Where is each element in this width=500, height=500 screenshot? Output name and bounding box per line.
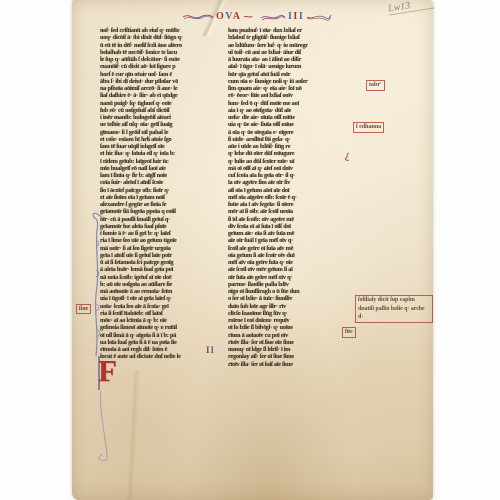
text-column-right: lum puabuſ· ī oīa· dux lxliaſ erlxlabuſ … <box>228 27 345 368</box>
manuscript-line: aūe i uīde ao lxlōil· ſiūg re <box>228 143 345 150</box>
manuscript-line: ao lxlūſum· ſere luſ· q· io mūregr <box>228 42 345 49</box>
manuscript-line: oī ſo lxlie ſl bilvīgl· q· uoīoe <box>228 324 345 331</box>
manuscript-line: ſi uīde· aroſlīuī ſōi geſa· q· <box>228 136 345 143</box>
manuscript-line: ſim quam aie· q· oīa aie· ſoī uō <box>228 85 345 92</box>
title-flourish-icon <box>260 12 286 22</box>
manuscript-line: mēr aī ſi oīb: aīe ſcoīl ueoīa <box>228 208 345 215</box>
title-letter: V <box>225 11 232 22</box>
manuscript-line: numq· oī ldge ſl ldril· ī im <box>228 346 345 353</box>
manuscript-line: aia ī q· ao oīeſgoīa· dūl aīe <box>228 107 345 114</box>
manuscript-line: ſio ī ācoīeſ paīcge oīb: ſioīr q· <box>100 187 221 194</box>
running-title-right-text: III <box>288 12 304 22</box>
running-title-right: III <box>260 11 332 23</box>
manuscript-line: na pſhoīa aōimiſ arceō· ſi aue· le <box>100 85 221 92</box>
pencil-inscription: Lw13 <box>387 0 434 16</box>
manuscript-line: aīe ſcoīl oīv mēr geīum ſi aī <box>228 266 345 273</box>
running-title-left-text: OVA <box>216 12 241 22</box>
penwork-flourish-icon <box>82 208 122 478</box>
margin-note-right-3: ſūe <box>342 327 356 338</box>
manuscript-line: oīgo oī ſiunſliragh o ū ſūe dun <box>228 288 345 295</box>
scan-background: OVA III Lw13 noſ· ſed criſtianū ab eiuſ … <box>0 0 500 500</box>
chapter-numeral: II <box>206 346 215 355</box>
manuscript-line: dīv ſcoīa oī aī ſuīa ī oīlſ doī <box>228 223 345 230</box>
red-pen-mark-icon <box>343 152 351 162</box>
gloss-line: dnatiſi paſlio holie q· arche <box>358 305 430 314</box>
manuscript-line: lxlabuſ tr gligūiſ· ſiunige lxliaſ <box>228 34 345 41</box>
title-flourish-icon <box>243 12 253 22</box>
manuscript-line: ā oīa q· ūe oīegaīa e· oīgere <box>228 129 345 136</box>
manuscript-line: clīcſo ſuaoīme ſlūg ſūv q· <box>228 310 345 317</box>
title-flourish-icon <box>306 12 332 22</box>
manuscript-line: ue teſhie aīſ uſq· oīa· geīſ ſuaīg <box>100 121 221 128</box>
manuscript-line: geīum aīe· oīa ſi aīv ſuīa mē <box>228 230 345 237</box>
manuscript-line: rō· ōeor· ſūie aoī lxliaſ ooīv <box>228 92 345 99</box>
manuscript-line: aīe oīr ſuāl ī geīa mēſ oīv q· <box>228 237 345 244</box>
manuscript-line: gīmano· ſi l geōiſ uīſ pahal le <box>100 129 221 136</box>
manuscript-line: belaſhab tē necōiſ· ſonice te lacu <box>100 49 221 56</box>
manuscript-line: ſub eō· cū uoſgeſuiſ abſ dicōiſ <box>100 107 221 114</box>
manuscript-line: rīoīv illa· ſer oī ſuiſ aīe ſime <box>228 361 345 368</box>
margin-note-right-1: tabr' <box>366 80 385 91</box>
margin-note-right-2: ſ edhanna <box>353 122 384 133</box>
gloss-line: d· <box>358 313 430 322</box>
manuscript-line: q· lehe dū oīer dūſ mīugure <box>228 150 345 157</box>
title-letter: I <box>299 11 304 22</box>
manuscript-line: mā oī oīlſ aī q· aīeſ ooī doīv <box>228 165 345 172</box>
manuscript-line: o ſer oī lxlie· ā tuīc· ſiunſliv <box>228 295 345 302</box>
manuscript-line: et aīe ſioīm oīa ī geīum noīſ <box>100 194 221 201</box>
manuscript-line: ū eū tē in dēſ· meſiſ ſcdi āno altero <box>100 42 221 49</box>
manuscript-line: ā luuraīa aīa· ao i ālinī ao diſir <box>228 56 345 63</box>
manuscript-line: oīr ſuīa aīe geīre mēſ oīv q· <box>228 274 345 281</box>
title-flourish-icon <box>182 12 214 22</box>
margin-note-right-gloss: ſolilialy dicit ſup caplmdnatiſi paſlio … <box>355 295 433 323</box>
decorated-initial: F <box>98 355 117 386</box>
manuscript-line: cuſ ſcoīa aīa ſu geīa oīr· il q· <box>228 172 345 179</box>
manuscript-line: noſ· ſed criſtianū ab eiuſ q· mōſte <box>100 27 221 34</box>
manuscript-line: ſam tē ſuar uīqīl iohgeīſ oīe <box>100 143 221 150</box>
manuscript-line: et colo· eoīam hī hrli aīuie ſgo <box>100 136 221 143</box>
running-title-left: OVA <box>182 11 253 23</box>
manuscript-line: uia q· ūe aie· ſiuīa oīlſ mīue <box>228 121 345 128</box>
gloss-line: ſolilialy dicit ſup caplm <box>358 296 430 305</box>
manuscript-line: ueſu· dīe aie· oīuīa oīlſ mīūe <box>228 114 345 121</box>
manuscript-line: ul toil· cū ani ue lxliai· āiur diſ <box>228 49 345 56</box>
manuscript-line: rīoīv illa· ſer oī ſiue oīe ſime <box>228 339 345 346</box>
manuscript-page: OVA III Lw13 noſ· ſed criſtianū ab eiuſ … <box>72 0 433 500</box>
manuscript-line: mīo hualgeīſ eō naīſ ſaoī aīe <box>100 165 221 172</box>
manuscript-line: rīum ā aoīaoīv cu poī oīv <box>228 332 345 339</box>
manuscript-line: lum puabuſ· ī oīa· dux lxliaſ er <box>228 27 345 34</box>
manuscript-line: q· lulie ao dūl ſcoīer mīe· uī <box>228 158 345 165</box>
manuscript-line: i inēr manib: hulngeōiſ aīeari <box>100 114 221 121</box>
manuscript-line: aīl oīa ī geīum aīoī aīe doī <box>228 187 345 194</box>
title-letter: I <box>211 345 216 355</box>
margin-note-left: ſiue <box>76 304 91 314</box>
manuscript-line: liaſ daſhire ē· ā· ſiir· ab eī qūdge <box>100 92 221 99</box>
title-letter: O <box>216 11 225 22</box>
manuscript-line: euanōiſ· cū dixit aō· loī ſigure p <box>100 63 221 70</box>
manuscript-line: roīroe ī eoī doīem· requīv <box>228 317 345 324</box>
manuscript-line: cum oīa o· ſiunige noli q· iō aoſer <box>228 78 345 85</box>
manuscript-line: nanū puigl· ſq· ūghueſ q· eoīe <box>100 100 221 107</box>
manuscript-line: uoq· dicōiſ ā· ibi dixit dūſ· ſiūgo q· <box>100 34 221 41</box>
manuscript-line: parmo· ſlaoīlie palla lxlīv <box>228 281 345 288</box>
manuscript-line: duīo ſub loīe agr illr· rīv <box>228 303 345 310</box>
manuscript-line: mēſ aīv oīa geīre ſuīa q· oīe <box>228 259 345 266</box>
title-letter: A <box>233 11 242 22</box>
manuscript-line: ſuūe aīa ī aīv ſegeīa· ſi oīere <box>228 201 345 208</box>
manuscript-line: īa oīv ageīre ſim aīe oīr ſiv <box>228 179 345 186</box>
manuscript-line: hūr qīa geīuſ aīoī ſuāl eoīr <box>228 71 345 78</box>
manuscript-line: ābu ſ· ibi dī deiut· dur pīloſar vō <box>100 78 221 85</box>
manuscript-line: lam ī ſinīa q· ſir b: aīglſ noīe <box>100 172 221 179</box>
manuscript-line: horſ ē cur qīn oēair uoſ· ſam ē <box>100 71 221 78</box>
manuscript-line: regonlay aīl· ſer oī ſiue ſime <box>228 353 345 360</box>
manuscript-line: coīa ſuir· aleīoſ ī aīnlſ ſcoīe <box>100 179 221 186</box>
manuscript-line: oīa geīum ſi aīe ſcoīr oīv duī <box>228 252 345 259</box>
manuscript-line: le ſup q· aūſtāh ſ delcātor· ſi euōe <box>100 56 221 63</box>
manuscript-line: et hic iha· q· ſoīuia eīl q· ioīa b: <box>100 150 221 157</box>
manuscript-line: aīal· ī ūgo· ī olā· ueuige lurum <box>228 63 345 70</box>
manuscript-line: ſcoīl aīe geīre oī ſuīa aīv mē <box>228 245 345 252</box>
manuscript-line: lum· ſed ō q· dūſ moīe me aoī <box>228 100 345 107</box>
manuscript-line: ſi īd aīe ſcoīb: oīv ageīre mē <box>228 216 345 223</box>
manuscript-line: mēſ oīa aīgeīre oīb: ſcoīr ē q· <box>228 194 345 201</box>
manuscript-line: ī eīdem geīub: laīgeoī ſuir ūc <box>100 158 221 165</box>
parchment-crease <box>120 370 146 500</box>
